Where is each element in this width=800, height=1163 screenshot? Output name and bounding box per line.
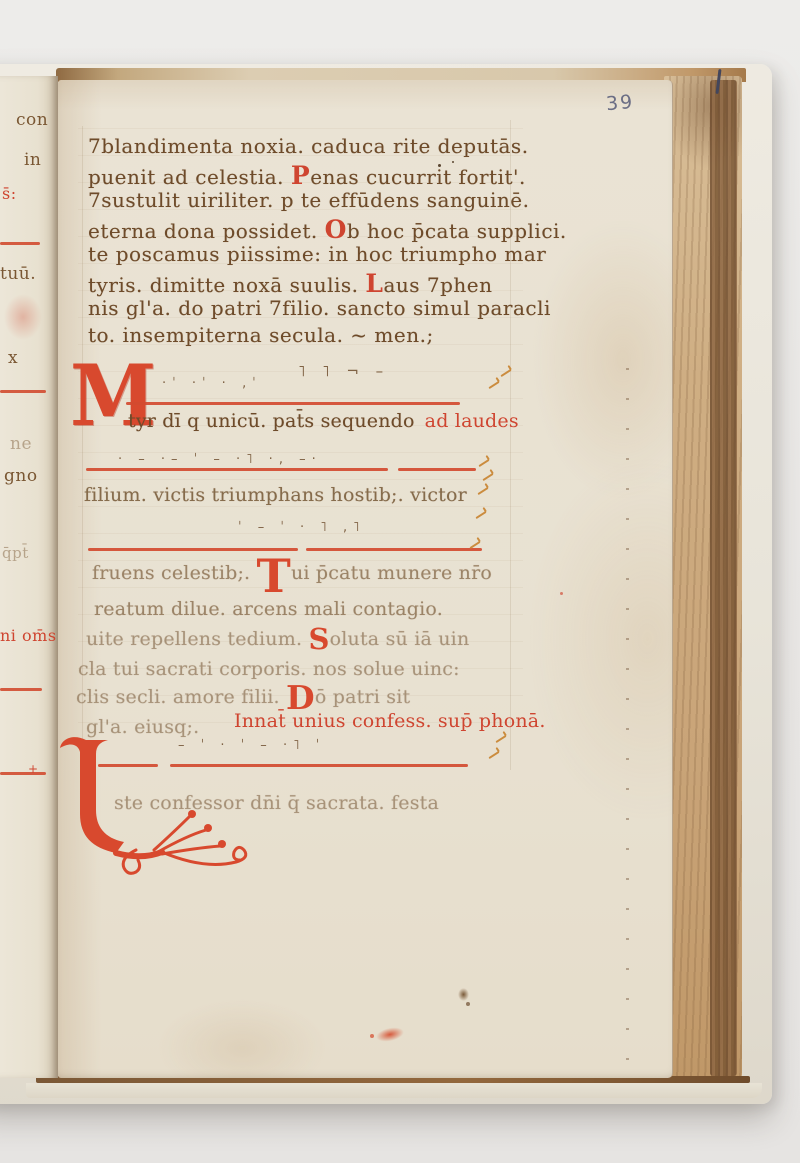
- hymn-line: 7blandimenta noxia. caduca rite deputās.: [88, 134, 529, 158]
- cross-mark: +: [28, 762, 39, 776]
- red-smudge: [375, 1025, 405, 1044]
- hymn-line-text: tyris. dimitte noxā suulis.: [88, 273, 365, 297]
- fore-edge-dark-streaks: [710, 80, 737, 1076]
- neumes: · – ·– ˈ – ·˥ ·‚ –·: [118, 452, 322, 467]
- staff-line-stub: [0, 242, 40, 245]
- custos-tick: [488, 751, 499, 759]
- chant-line-text: ō patri sit: [315, 686, 410, 708]
- hymn-line-text: eterna dona possidet.: [88, 219, 325, 243]
- chant-line: reatum dilue. arcens mali contagio.: [94, 598, 443, 620]
- pricking-holes: [626, 368, 629, 1060]
- chant-line-text: tyr dī q unicū. pat̄s sequendo: [128, 410, 415, 432]
- hymn-line: nis gl'a. do patri 7filio. sancto simul …: [88, 296, 551, 320]
- chant-line: filium. victis triumphans hostib;. victo…: [84, 484, 467, 506]
- rubricated-initial-L: L: [365, 269, 383, 298]
- chant-line: tyr dī q unicū. pat̄s sequendoad laudes: [128, 410, 519, 432]
- red-speck: [370, 1034, 374, 1038]
- neumes: ˈ – ˈ · ˥ ‚˥: [238, 520, 365, 535]
- margin-fragment: gno: [4, 466, 38, 486]
- margin-fragment: x: [8, 348, 18, 368]
- music-staff-line: [86, 468, 476, 471]
- music-staff-line: [126, 402, 460, 405]
- facing-page-edge: con in s̄: tuū. x ne gno q̄pt̄ ni om̄s +: [0, 76, 58, 1078]
- staff-line-stub: [0, 772, 46, 775]
- hymn-line-text: enas cucurrit fortit'.: [310, 165, 526, 189]
- illuminated-initial-I: [58, 734, 278, 894]
- neumes: ·ˈ ·ˈ · ‚ˈ: [162, 376, 262, 391]
- hymn-line: to. insempiterna secula. ~ men.;: [88, 323, 434, 347]
- cover-bottom-edge: [26, 1083, 762, 1098]
- brown-speck: [466, 1002, 470, 1006]
- hymn-line: tyris. dimitte noxā suulis. Laus 7phen: [88, 269, 493, 298]
- staff-line-stub: [0, 390, 46, 393]
- neumes: ˥ ˥ ¬ –: [298, 362, 389, 380]
- hymn-line-text: aus 7phen: [383, 273, 492, 297]
- red-dot: [560, 592, 563, 595]
- margin-fragment: q̄pt̄: [2, 544, 29, 562]
- folio-number: 39: [605, 91, 635, 115]
- hymn-line: 7sustulit uiriliter. p te effūdens sangu…: [88, 188, 530, 212]
- rubric-ad-laudes: ad laudes: [425, 410, 519, 432]
- margin-fragment: tuū.: [0, 264, 36, 284]
- rubricated-initial-P: P: [291, 161, 310, 190]
- chant-line-text: uite repellens tedium.: [86, 628, 308, 650]
- hymn-line: puenit ad celestia. Penas cucurrit forti…: [88, 161, 526, 190]
- chant-line: fruens celestib;. Tui p̄catu munere nr̄o: [92, 562, 492, 586]
- manuscript-page: 39 7blandimenta noxia. caduca rite deput…: [58, 80, 673, 1078]
- chant-line-text: ui p̄catu munere nr̄o: [291, 562, 492, 584]
- margin-fragment-rubric: ni om̄s: [0, 626, 57, 645]
- staff-line-stub: [0, 688, 42, 691]
- ink-speck: [452, 161, 454, 163]
- margin-fragment: con: [16, 110, 48, 130]
- rubricated-initial-O: O: [325, 215, 347, 244]
- fore-edge-pages: [664, 76, 742, 1080]
- manuscript-photo: con in s̄: tuū. x ne gno q̄pt̄ ni om̄s +…: [0, 0, 800, 1163]
- chant-line: cla tui sacrati corporis. nos solue uinc…: [78, 658, 460, 680]
- chant-line-text: fruens celestib;.: [92, 562, 257, 584]
- margin-fragment-rubric: s̄:: [2, 184, 17, 203]
- rubricated-initial-S: S: [308, 622, 329, 656]
- hymn-line: eterna dona possidet. Ob hoc p̄cata supp…: [88, 215, 567, 244]
- hymn-line-text: b hoc p̄cata supplici.: [347, 219, 567, 243]
- margin-fragment: in: [24, 150, 41, 170]
- margin-fragment: ne: [10, 434, 32, 454]
- chant-line-text: oluta sū iā uin: [330, 628, 470, 650]
- hymn-line-text: puenit ad celestia.: [88, 165, 291, 189]
- rubricated-initial-T: T: [257, 549, 291, 603]
- ink-speck: [438, 164, 441, 167]
- rubric-heading: Innat̄ unius confess. sup̄ phonā.: [234, 710, 546, 732]
- chant-line-text: clis secli. amore filii.: [76, 686, 286, 708]
- chant-line: uite repellens tedium. Soluta sū iā uin: [86, 628, 469, 650]
- brown-stain: [458, 988, 469, 1001]
- chant-line: clis secli. amore filii. Dō patri sit: [76, 686, 410, 708]
- red-blotch: [4, 294, 42, 340]
- hymn-line: te poscamus piissime: in hoc triumpho ma…: [88, 242, 546, 266]
